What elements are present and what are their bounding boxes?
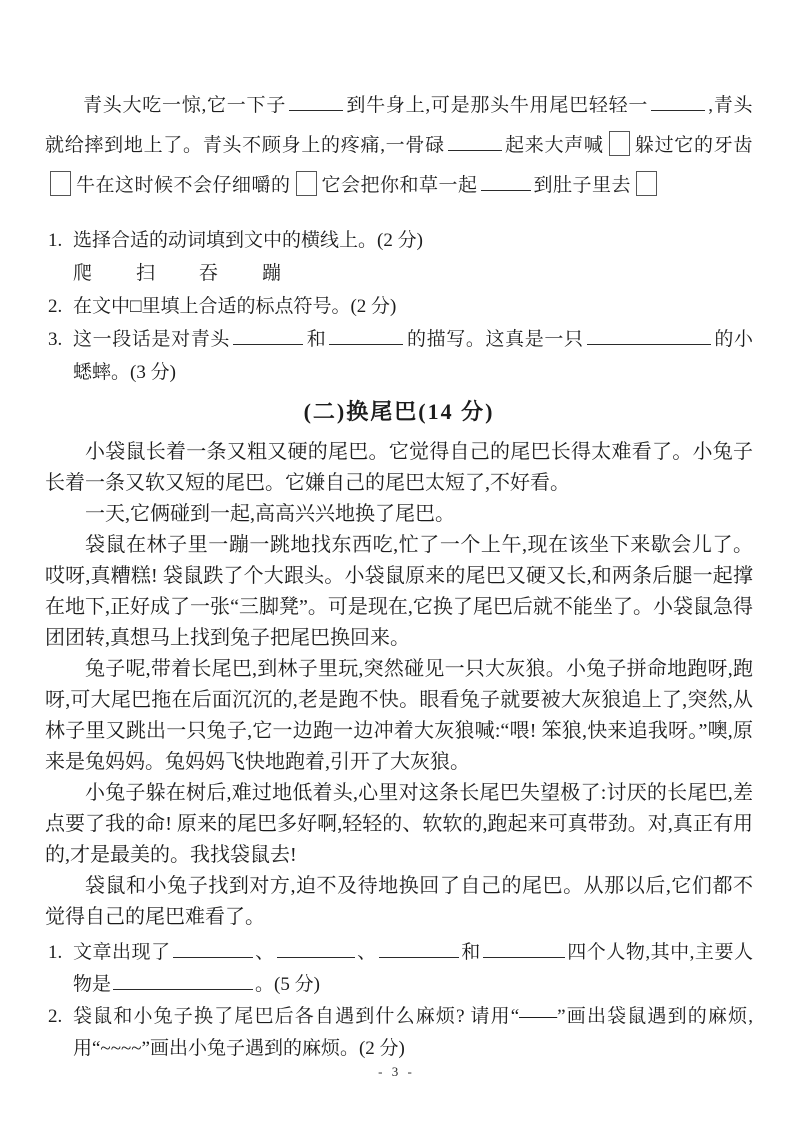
- answer-blank: [587, 324, 711, 345]
- text-run: 在文中□里填上合适的标点符号。(2 分): [73, 296, 396, 317]
- answer-blank: [448, 130, 502, 151]
- answer-blank: [113, 969, 253, 990]
- question-text: 袋鼠和小兔子换了尾巴后各自遇到什么麻烦? 请用“——”画出袋鼠遇到的麻烦,用“~…: [73, 1006, 753, 1059]
- text-run: 到牛身上,可是那头牛用尾巴轻轻一: [346, 95, 648, 116]
- text-run: 的描写。这真是一只: [406, 329, 583, 350]
- text-run: 它会把你和草一起: [322, 175, 478, 196]
- verb-option: 扫: [136, 263, 155, 284]
- text-run: 起来大声喊: [505, 135, 604, 156]
- text-run: 牛在这时候不会仔细嚼的: [76, 175, 291, 196]
- punctuation-box: [636, 171, 657, 196]
- question-text: 在文中□里填上合适的标点符号。(2 分): [73, 296, 396, 317]
- story-paragraph: 小兔子躲在树后,难过地低着头,心里对这条长尾巴失望极了:讨厌的长尾巴,差点要了我…: [45, 778, 753, 871]
- question-1-1: 1. 选择合适的动词填到文中的横线上。(2 分): [45, 224, 753, 257]
- question-text: 这一段话是对青头和的描写。这真是一只的小蟋蟀。(3 分): [73, 329, 753, 383]
- question-number: 2.: [48, 1001, 62, 1033]
- verb-option: 蹦: [262, 263, 281, 284]
- question-1-2: 2. 在文中□里填上合适的标点符号。(2 分): [45, 290, 753, 323]
- answer-blank: [233, 324, 303, 345]
- page-number: - 3 -: [0, 1064, 793, 1080]
- story-paragraph: 袋鼠和小兔子找到对方,迫不及待地换回了自己的尾巴。从那以后,它们都不觉得自己的尾…: [45, 871, 753, 933]
- answer-blank: [329, 324, 403, 345]
- passage-cricket-excerpt: 青头大吃一惊,它一下子到牛身上,可是那头牛用尾巴轻轻一,青头就给摔到地上了。青头…: [45, 86, 753, 206]
- text-run: 和: [461, 942, 481, 963]
- text-run: 到肚子里去: [534, 175, 632, 196]
- question-list-1: 1. 选择合适的动词填到文中的横线上。(2 分) 爬扫吞蹦 2. 在文中□里填上…: [45, 224, 753, 389]
- story-paragraph: 兔子呢,带着长尾巴,到林子里玩,突然碰见一只大灰狼。小兔子拼命地跑呀,跑呀,可大…: [45, 654, 753, 778]
- text-run: 文章出现了: [73, 942, 171, 963]
- verb-option: 爬: [73, 263, 92, 284]
- question-text: 文章出现了、、和四个人物,其中,主要人物是。(5 分): [73, 942, 753, 995]
- story-passage-tail-swap: 小袋鼠长着一条又粗又硬的尾巴。它觉得自己的尾巴长得太难看了。小兔子长着一条又软又…: [45, 437, 753, 933]
- question-2-2: 2. 袋鼠和小兔子换了尾巴后各自遇到什么麻烦? 请用“——”画出袋鼠遇到的麻烦,…: [45, 1001, 753, 1065]
- answer-blank: [651, 90, 705, 111]
- story-paragraph: 一天,它俩碰到一起,高高兴兴地换了尾巴。: [45, 499, 753, 530]
- answer-blank: [379, 937, 459, 958]
- question-number: 1.: [48, 937, 62, 969]
- question-number: 3.: [48, 323, 62, 356]
- text-run: 、: [357, 942, 377, 963]
- question-2-1: 1. 文章出现了、、和四个人物,其中,主要人物是。(5 分): [45, 937, 753, 1001]
- question-number: 1.: [48, 224, 62, 257]
- question-text: 选择合适的动词填到文中的横线上。(2 分): [73, 230, 423, 251]
- text-run: 、: [255, 942, 275, 963]
- text-run: 和: [306, 329, 326, 350]
- text-run: 。(5 分): [255, 974, 320, 995]
- text-run: 这一段话是对青头: [73, 329, 230, 350]
- answer-blank: [481, 170, 531, 191]
- story-paragraph: 小袋鼠长着一条又粗又硬的尾巴。它觉得自己的尾巴长得太难看了。小兔子长着一条又软又…: [45, 437, 753, 499]
- section-title: (二)换尾巴(14 分): [45, 397, 753, 427]
- exam-page: 青头大吃一惊,它一下子到牛身上,可是那头牛用尾巴轻轻一,青头就给摔到地上了。青头…: [0, 0, 793, 1122]
- verb-word-bank: 爬扫吞蹦: [45, 257, 753, 290]
- text-run: 青头大吃一惊,它一下子: [83, 95, 286, 116]
- story-paragraph: 袋鼠在林子里一蹦一跳地找东西吃,忙了一个上午,现在该坐下来歇会儿了。哎呀,真糟糕…: [45, 530, 753, 654]
- punctuation-box: [609, 131, 630, 156]
- answer-blank: [483, 937, 565, 958]
- answer-blank: [173, 937, 253, 958]
- answer-blank: [289, 90, 343, 111]
- question-list-2: 1. 文章出现了、、和四个人物,其中,主要人物是。(5 分) 2. 袋鼠和小兔子…: [45, 937, 753, 1065]
- text-run: 袋鼠和小兔子换了尾巴后各自遇到什么麻烦? 请用“——”画出袋鼠遇到的麻烦,用“~…: [73, 1006, 753, 1059]
- text-run: 选择合适的动词填到文中的横线上。(2 分): [73, 230, 423, 251]
- verb-option: 吞: [199, 263, 218, 284]
- punctuation-box: [50, 171, 71, 196]
- question-1-3: 3. 这一段话是对青头和的描写。这真是一只的小蟋蟀。(3 分): [45, 323, 753, 389]
- text-run: 躲过它的牙齿: [635, 135, 753, 156]
- question-number: 2.: [48, 290, 62, 323]
- punctuation-box: [296, 171, 317, 196]
- answer-blank: [277, 937, 355, 958]
